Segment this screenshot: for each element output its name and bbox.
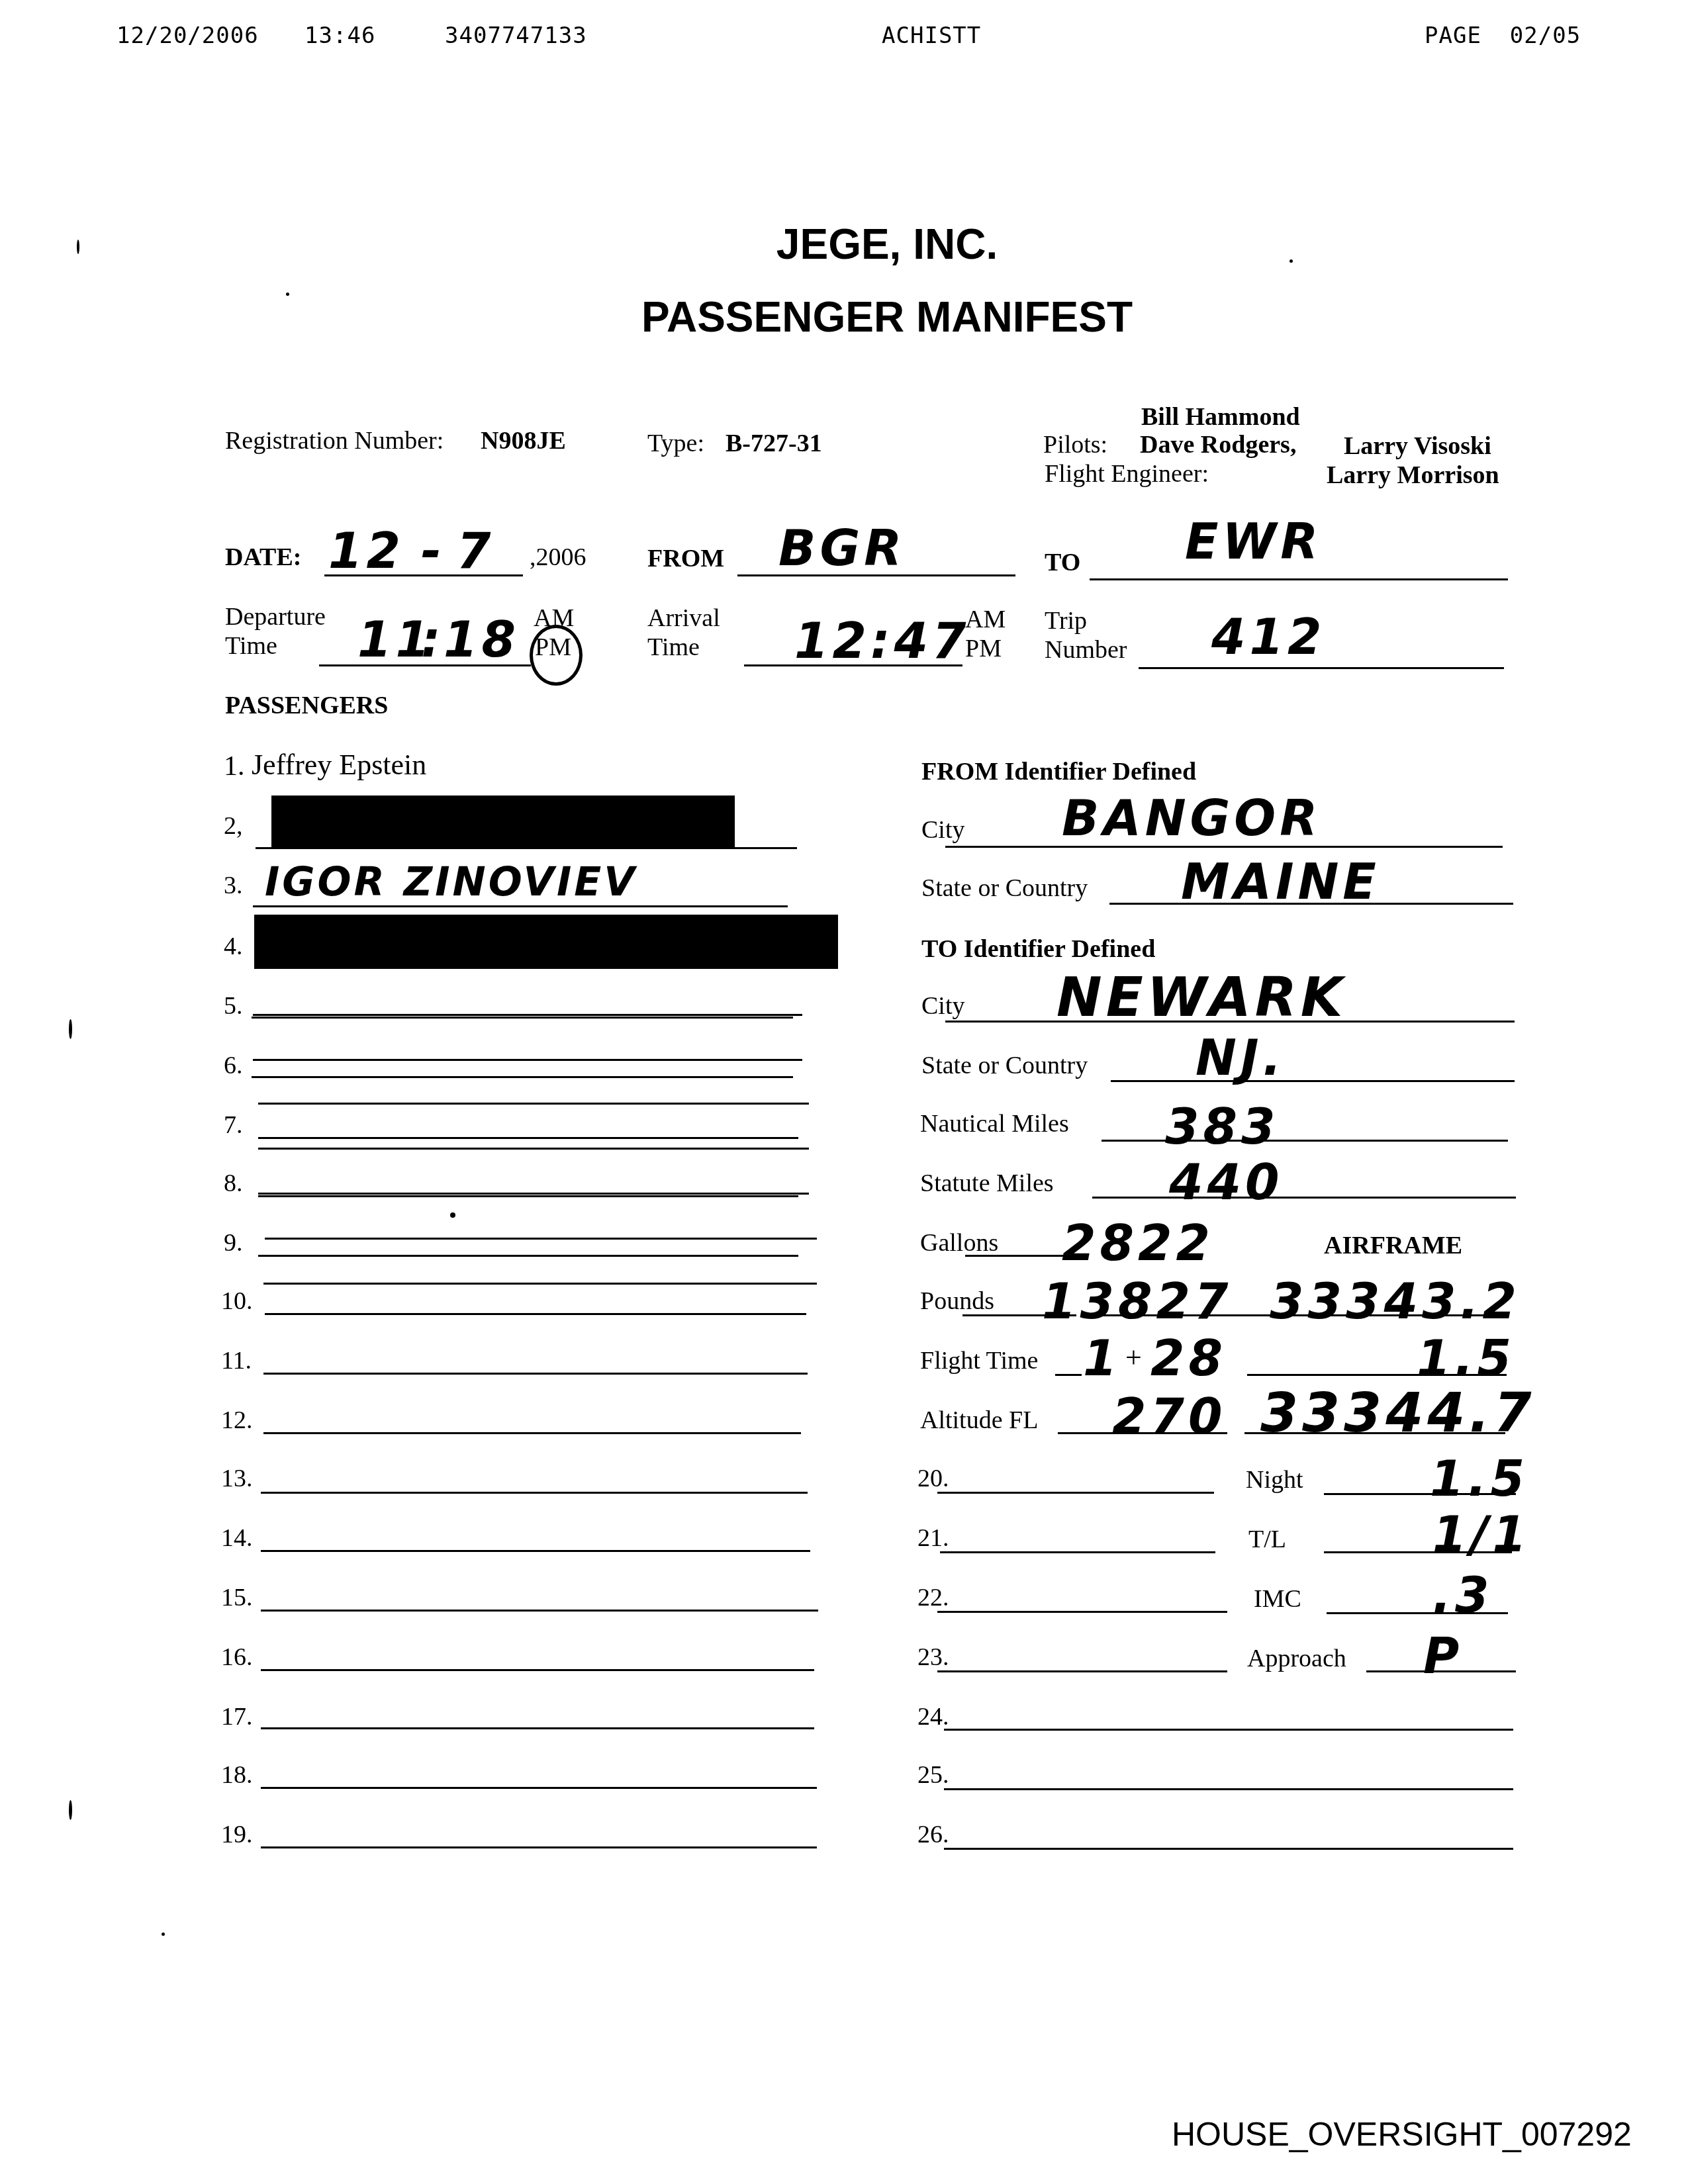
- fax-sender: ACHISTT: [882, 23, 981, 49]
- airframe-end-underline: [1244, 1432, 1505, 1434]
- to-identifier-heading: TO Identifier Defined: [921, 934, 1155, 964]
- arrival-label-2: Time: [647, 633, 700, 662]
- passenger-line[interactable]: [261, 1846, 817, 1848]
- passenger-num: 6.: [224, 1051, 243, 1080]
- flight-time-minutes[interactable]: 28: [1150, 1330, 1227, 1387]
- from-state-underline: [1109, 903, 1513, 905]
- pilots-label: Pilots:: [1043, 430, 1107, 459]
- night-underline: [1324, 1493, 1516, 1495]
- arrival-underline: [744, 664, 962, 666]
- redaction-bar: [254, 915, 838, 969]
- passenger-num: 24.: [917, 1702, 949, 1731]
- type-value: B-727-31: [726, 429, 822, 458]
- date-sep: -: [421, 523, 445, 580]
- passenger-num: 10.: [221, 1287, 253, 1316]
- fax-phone: 3407747133: [445, 23, 587, 49]
- passenger-num: 21.: [917, 1524, 949, 1553]
- departure-label-2: Time: [225, 631, 277, 660]
- passenger-line[interactable]: [263, 1373, 808, 1375]
- passenger-line[interactable]: [940, 1551, 1215, 1553]
- imc-underline: [1327, 1612, 1508, 1614]
- passenger-num: 2,: [224, 811, 243, 841]
- airframe-start[interactable]: 33343.2: [1270, 1273, 1521, 1330]
- passenger-line[interactable]: [261, 1492, 808, 1494]
- to-city-label: City: [921, 991, 964, 1021]
- pm-selected-circle: [530, 625, 583, 686]
- from-value[interactable]: BGR: [778, 520, 906, 577]
- scan-speck: [1289, 259, 1293, 263]
- passenger-name[interactable]: Jeffrey Epstein: [252, 748, 426, 782]
- passenger-num: 18.: [221, 1760, 253, 1790]
- flight-time-label: Flight Time: [920, 1346, 1038, 1375]
- registration-value: N908JE: [481, 426, 566, 455]
- trip-underline: [1139, 667, 1504, 669]
- passenger-line[interactable]: [944, 1848, 1513, 1850]
- redaction-bar: [271, 796, 735, 848]
- passenger-line[interactable]: [263, 1432, 801, 1434]
- altitude-value[interactable]: 270: [1112, 1388, 1226, 1445]
- airframe-heading: AIRFRAME: [1324, 1231, 1462, 1260]
- passenger-num: 23.: [917, 1643, 949, 1672]
- date-year: ,2006: [530, 543, 586, 572]
- night-value[interactable]: 1.5: [1430, 1451, 1528, 1508]
- imc-label: IMC: [1254, 1584, 1301, 1614]
- passenger-num: 5.: [224, 991, 243, 1021]
- pilot-2: Larry Visoski: [1344, 432, 1491, 461]
- from-city-value[interactable]: BANGOR: [1062, 790, 1321, 847]
- flight-time-underline: [1055, 1374, 1082, 1376]
- statute-label: Statute Miles: [920, 1169, 1054, 1198]
- arrival-value[interactable]: 12:47: [794, 613, 970, 670]
- arrival-am[interactable]: AM: [965, 605, 1006, 634]
- pounds-label: Pounds: [920, 1287, 994, 1316]
- passenger-num: 1.: [224, 751, 245, 782]
- from-city-label: City: [921, 815, 964, 844]
- night-label: Night: [1246, 1465, 1303, 1494]
- from-identifier-heading: FROM Identifier Defined: [921, 757, 1196, 786]
- pilot-top: Bill Hammond: [1141, 402, 1300, 432]
- passenger-num: 26.: [917, 1820, 949, 1849]
- statute-value[interactable]: 440: [1169, 1154, 1283, 1211]
- passenger-line-6[interactable]: [253, 1059, 802, 1061]
- airframe-flight-time[interactable]: 1.5: [1417, 1330, 1515, 1387]
- passenger-line[interactable]: [944, 1788, 1513, 1790]
- passenger-line-8[interactable]: [258, 1148, 809, 1150]
- departure-label-1: Departure: [225, 602, 326, 631]
- passenger-line[interactable]: [258, 1137, 798, 1139]
- from-state-label: State or Country: [921, 874, 1088, 903]
- passenger-line[interactable]: [944, 1729, 1513, 1731]
- passenger-num: 13.: [221, 1464, 253, 1493]
- altitude-underline: [1058, 1432, 1227, 1434]
- from-underline: [737, 574, 1015, 576]
- to-state-underline: [1111, 1080, 1515, 1082]
- to-state-value[interactable]: NJ.: [1196, 1030, 1286, 1087]
- tl-value[interactable]: 1/1: [1432, 1506, 1530, 1563]
- engineer-value: Larry Morrison: [1327, 461, 1499, 490]
- passenger-num: 14.: [221, 1524, 253, 1553]
- departure-underline: [319, 664, 531, 666]
- to-state-label: State or Country: [921, 1051, 1088, 1080]
- margin-mark: [69, 1019, 72, 1039]
- passenger-line[interactable]: [252, 1076, 793, 1078]
- departure-minutes[interactable]: 18: [444, 612, 520, 668]
- passenger-num: 20.: [917, 1464, 949, 1493]
- registration-label: Registration Number:: [225, 426, 444, 455]
- passenger-num: 22.: [917, 1583, 949, 1612]
- scan-speck: [162, 1933, 165, 1936]
- passenger-line-11[interactable]: [263, 1283, 817, 1285]
- arrival-pm[interactable]: PM: [965, 634, 1002, 663]
- engineer-label: Flight Engineer:: [1045, 459, 1209, 488]
- to-city-value[interactable]: NEWARK: [1056, 966, 1346, 1029]
- tl-label: T/L: [1248, 1525, 1286, 1554]
- pilot-1: Dave Rodgers,: [1140, 430, 1296, 459]
- passenger-line-9[interactable]: [258, 1193, 809, 1195]
- date-label: DATE:: [225, 543, 301, 572]
- passenger-num: 12.: [221, 1406, 253, 1435]
- passenger-line[interactable]: [937, 1670, 1227, 1672]
- passenger-num: 15.: [221, 1583, 253, 1612]
- statute-underline: [1092, 1197, 1516, 1199]
- imc-value[interactable]: .3: [1432, 1567, 1493, 1624]
- tl-underline: [1324, 1551, 1512, 1553]
- passenger-num: 8.: [224, 1169, 243, 1198]
- pounds-underline: [962, 1314, 1076, 1316]
- passenger-num: 7.: [224, 1111, 243, 1140]
- passenger-line[interactable]: [265, 1313, 806, 1315]
- passenger-num: 16.: [221, 1643, 253, 1672]
- passenger-line-10[interactable]: [265, 1238, 817, 1240]
- fax-page: PAGE 02/05: [1425, 23, 1581, 49]
- margin-mark: [69, 1800, 72, 1820]
- gallons-value[interactable]: 2822: [1062, 1215, 1214, 1272]
- passenger-line[interactable]: [261, 1727, 814, 1729]
- passenger-line[interactable]: [261, 1610, 818, 1612]
- from-city-underline: [945, 846, 1503, 848]
- passenger-num: 19.: [221, 1820, 253, 1849]
- margin-mark: [77, 240, 79, 254]
- passenger-num: 25.: [917, 1760, 949, 1790]
- gallons-underline: [965, 1255, 1071, 1257]
- passenger-line: [253, 905, 788, 907]
- nautical-label: Nautical Miles: [920, 1109, 1069, 1138]
- gallons-label: Gallons: [920, 1228, 998, 1257]
- passenger-num: 9.: [224, 1228, 243, 1257]
- date-month[interactable]: 12: [328, 523, 404, 580]
- pounds-value[interactable]: 13827: [1042, 1273, 1232, 1330]
- passenger-num: 4.: [224, 932, 243, 961]
- scan-speck: [286, 293, 289, 296]
- passenger-num: 3.: [224, 871, 243, 900]
- page-title: PASSENGER MANIFEST: [0, 293, 1688, 341]
- airframe-start-underline: [1092, 1314, 1503, 1316]
- passenger-name[interactable]: IGOR ZINOVIEV: [265, 859, 637, 905]
- bates-number: HOUSE_OVERSIGHT_007292: [1172, 2115, 1632, 2154]
- date-day[interactable]: 7: [457, 523, 495, 580]
- passenger-line[interactable]: [258, 1255, 798, 1257]
- fax-time: 13:46: [305, 23, 375, 49]
- passenger-line[interactable]: [261, 1787, 817, 1789]
- nautical-value[interactable]: 383: [1165, 1099, 1279, 1156]
- approach-label: Approach: [1247, 1644, 1346, 1673]
- date-underline: [324, 574, 523, 576]
- passenger-line-7[interactable]: [258, 1103, 809, 1105]
- approach-value[interactable]: P: [1423, 1628, 1463, 1685]
- passenger-line[interactable]: [937, 1492, 1214, 1494]
- trip-number[interactable]: 412: [1211, 609, 1325, 666]
- to-city-underline: [945, 1021, 1515, 1023]
- airframe-flight-time-underline: [1247, 1374, 1507, 1376]
- approach-underline: [1366, 1670, 1516, 1672]
- passenger-num: 11.: [221, 1346, 252, 1375]
- passenger-line[interactable]: [252, 1017, 793, 1019]
- trip-label-1: Trip: [1045, 606, 1087, 635]
- departure-colon: :: [421, 612, 445, 668]
- to-label: TO: [1045, 548, 1080, 577]
- scan-speck: [450, 1212, 455, 1218]
- passenger-line[interactable]: [937, 1611, 1227, 1613]
- company-name: JEGE, INC.: [0, 220, 1688, 269]
- to-underline: [1090, 578, 1508, 580]
- type-label: Type:: [647, 429, 704, 458]
- altitude-label: Altitude FL: [920, 1406, 1038, 1435]
- nautical-underline: [1102, 1140, 1508, 1142]
- flight-time-hours[interactable]: 1: [1083, 1330, 1121, 1387]
- arrival-label-1: Arrival: [647, 604, 720, 633]
- passenger-line[interactable]: [258, 1195, 798, 1197]
- passenger-line-5[interactable]: [253, 1014, 802, 1016]
- airframe-end[interactable]: 33344.7: [1260, 1382, 1535, 1445]
- passengers-heading: PASSENGERS: [225, 691, 388, 720]
- fax-date: 12/20/2006: [117, 23, 259, 49]
- passenger-line[interactable]: [261, 1550, 810, 1552]
- passenger-line[interactable]: [261, 1669, 814, 1671]
- flight-time-plus: +: [1125, 1341, 1142, 1375]
- to-value[interactable]: EWR: [1185, 514, 1322, 570]
- passenger-num: 17.: [221, 1702, 253, 1731]
- from-label: FROM: [647, 544, 724, 573]
- trip-label-2: Number: [1045, 635, 1127, 664]
